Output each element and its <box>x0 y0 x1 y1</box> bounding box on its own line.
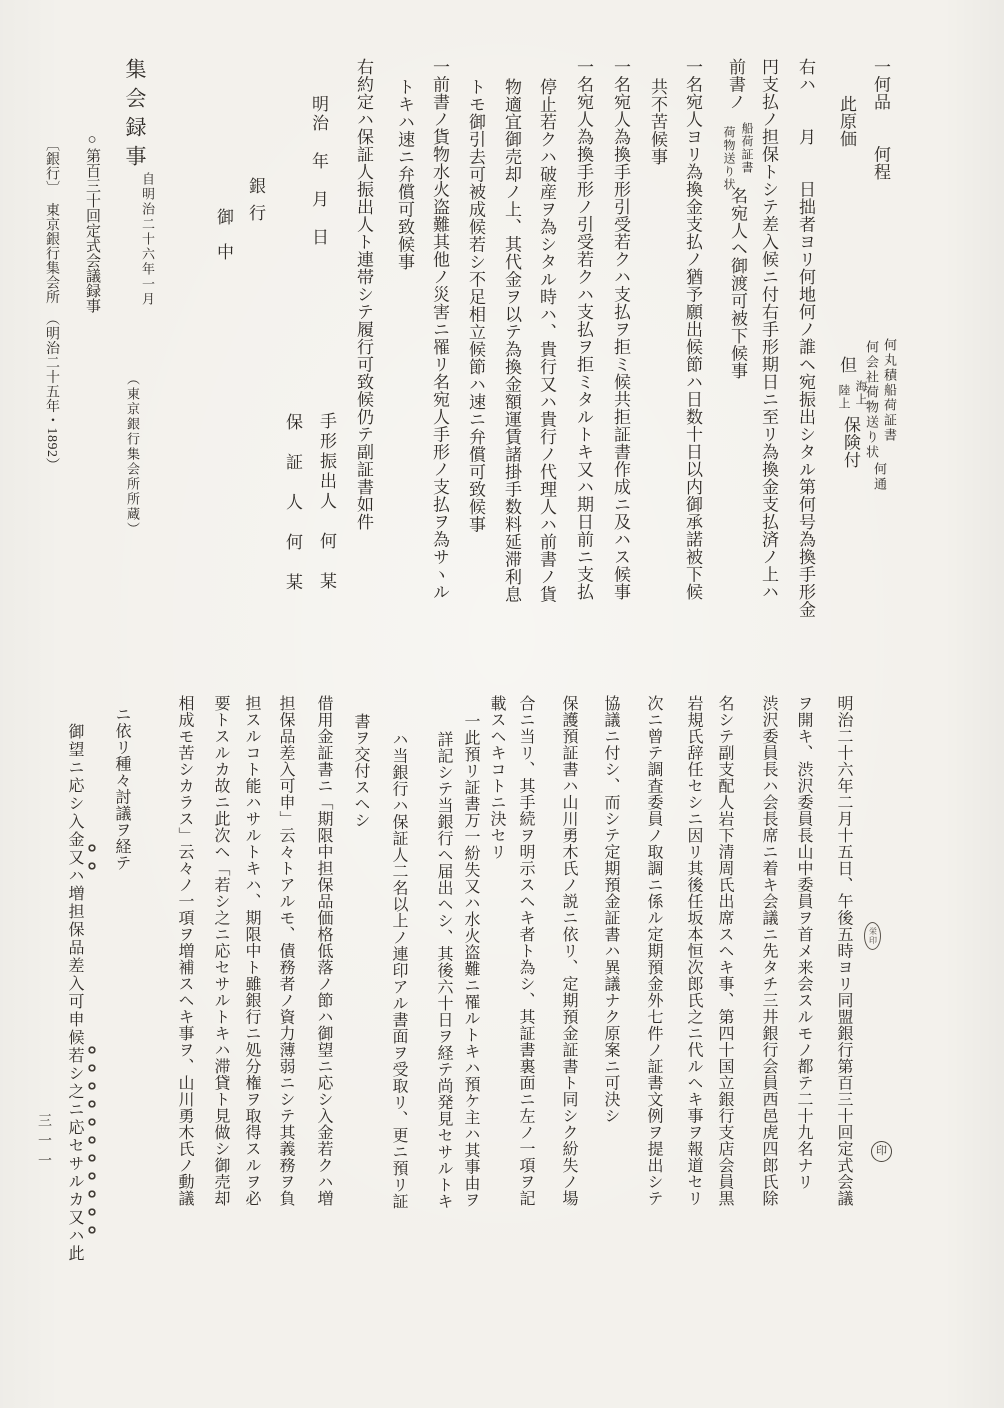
form-clause: 一名宛人為換手形ノ引受若クハ支払ヲ拒ミタルトキ又ハ期日前ニ支払 <box>575 58 592 601</box>
minutes-line: 要トスルカ故ニ此次ヘ「若シ之ニ応セサルトキハ滞貸ト見做シ御売却 <box>212 695 228 1207</box>
minutes-line: 担保品差入可申」云々トアルモ、債務者ノ資力薄弱ニシテ其義務ヲ負 <box>277 695 293 1207</box>
minutes-line: ハ当銀行ハ保証人二名以上ノ連印アル書面ヲ受取リ、更ニ預リ証 <box>390 731 406 1210</box>
minutes-line: ニ依リ種々討議ヲ経テ <box>113 706 129 871</box>
minutes-line: ヲ開キ、渋沢委員長山中委員ヲ首メ来会スルモノ都テ二十九名ナリ <box>795 695 811 1190</box>
minutes-line: 書ヲ交付スヘシ <box>352 713 368 829</box>
note-marine: 海上 <box>855 380 867 406</box>
form-clause: 右約定ハ保証人振出人ト連帯シテ履行可致候仍テ副証書如件 <box>355 58 372 531</box>
form-clause: 一前書ノ貨物水火盗難其他ノ災害ニ罹リ名宛人手形ノ支払ヲ為サヽル <box>431 58 448 601</box>
round-seal-text: 印 <box>876 1146 887 1157</box>
round-seal-icon: 印 <box>871 1141 892 1162</box>
minutes-line: 次ニ曾テ調査委員ノ取調ニ係ル定期預金外七件ノ証書文例ヲ提出シテ <box>645 695 661 1207</box>
minutes-line: 詳記シテ当銀行ヘ届出ヘシ、其後六十日ヲ経テ尚発見セサルトキ <box>435 731 451 1210</box>
oval-seal-icon: 栄印 <box>864 922 881 950</box>
minutes-line: 相成モ苦シカラス」云々ノ一項ヲ増補スヘキ事ヲ、山川勇木氏ノ動議 <box>176 695 192 1207</box>
oval-seal-text: 栄印 <box>869 927 877 945</box>
section-subtitle: 自明治二十六年一月 <box>141 172 154 307</box>
form-clause: 停止若クハ破産ヲ為シタル時ハ、貴行又ハ貴行ノ代理人ハ前書ノ貨 <box>538 78 555 603</box>
minutes-line: 合ニ当リ、其手続ヲ明示スヘキ者ト為シ、其証書裏面ニ左ノ一項ヲ記 <box>517 695 533 1207</box>
form-clause: 一名宛人ヨリ為換金支払ノ猶予願出候節ハ日数十日以内御承諾被下候 <box>684 58 701 601</box>
maegaki-waybill: 荷物送り状 <box>723 126 735 191</box>
page-number: 三一一 <box>36 1113 50 1173</box>
emphasis-dots-icon <box>88 1046 96 1244</box>
maegaki-bol: 船荷証書 <box>741 122 753 174</box>
minutes-line: 借用金証書ニ「期限中担保品価格低落ノ節ハ御望ニ応シ入金若クハ増 <box>315 695 331 1207</box>
form-bank: 銀行 <box>247 177 264 231</box>
minutes-line: 名シテ副支配人岩下清周氏出席スヘキ事、第四十国立銀行支店会員黒 <box>716 695 732 1207</box>
minutes-line: 渋沢委員長ハ会長席ニ着キ会議ニ先タチ三井銀行会員西邑虎四郎氏除 <box>760 695 776 1207</box>
form-clause: トモ御引去可被成候若シ不足相立候節ハ速ニ弁償可致候事 <box>467 78 484 533</box>
form-clause: 物適宜御売却ノ上、其代金ヲ以テ為換金額運賃諸掛手数料延滞利息 <box>503 78 520 603</box>
form-clause: 円支払ノ担保トシテ差入候ニ付右手形期日ニ至リ為換金支払済ノ上ハ <box>760 58 777 601</box>
minutes-line: 載スヘキコトニ決セリ <box>488 695 504 860</box>
minutes-line-emphasized: 御望ニ応シ入金又ハ増担保品差入可申候若シ之ニ応セサルカ又ハ此 <box>66 723 82 1263</box>
form-clause: トキハ速ニ弁償可致候事 <box>396 78 413 271</box>
form-clause: 一名宛人為換手形引受若クハ支払ヲ拒ミ候共拒証書作成ニ及ハス候事 <box>612 58 629 601</box>
form-onchu: 御中 <box>215 208 232 278</box>
form-guarantor: 保 証 人 何 某 <box>284 413 301 593</box>
minutes-line: 担スルコト能ハサルトキハ、期限中ト雖銀行ニ処分権ヲ取得スルヲ必 <box>243 695 259 1207</box>
form-date-line: 明治 年 月 日 <box>310 95 327 247</box>
minutes-line: 保護預証書ハ山川勇木氏ノ説ニ依リ、定期預金証書ト同シク紛失ノ場 <box>560 695 576 1207</box>
form-clause: 右ハ 月 日拙者ヨリ何地何ノ誰ヘ宛振出シタル第何号為換手形金 <box>797 58 814 618</box>
form-clause: 共不苦候事 <box>649 78 666 166</box>
form-drawer: 手形振出人 何 某 <box>318 412 335 592</box>
note-copies: 何通 <box>873 462 886 492</box>
scanned-document-page: 一何品 何程 此原価 何丸積船荷証書 何会社荷物送り状 何通 但 海上 陸上 保… <box>0 0 1004 1408</box>
minutes-line: 岩規氏辞任セシニ因リ其後任坂本恒次郎氏之ニ代ルヘキ事ヲ報道セリ <box>685 695 701 1207</box>
maegaki-head: 前書ノ <box>727 58 744 111</box>
maegaki-cont: 名宛人ヘ御渡可被下候事 <box>729 187 746 380</box>
note-insured: 保険付 <box>842 416 859 469</box>
category-line: 〔銀行〕 東京銀行集会所 （明治二十五年・1892） <box>44 137 58 472</box>
note-bill-of-lading: 何丸積船荷証書 <box>883 338 896 443</box>
note-land: 陸上 <box>838 384 850 410</box>
emphasis-dots-icon <box>88 844 96 880</box>
minutes-line: 一此預リ証書万一紛失又ハ水火盗難ニ罹ルトキハ預ケ主ハ其事由ヲ <box>462 713 478 1208</box>
section-source: （東京銀行集会所所蔵） <box>126 372 139 537</box>
form-item-goods: 一何品 何程 <box>872 58 889 181</box>
note-proviso: 但 <box>838 356 855 374</box>
minutes-line: 明治二十六年二月十五日、午後五時ヨリ同盟銀行第百三十回定式会議 <box>835 695 851 1207</box>
meeting-title: ○第百三十回定式会議録事 <box>84 132 99 313</box>
minutes-line: 協議ニ付シ、而シテ定期預金証書ハ異議ナク原案ニ可決シ <box>602 695 618 1124</box>
section-title: 集会録事 <box>124 58 145 174</box>
form-item-cost: 此原価 <box>838 95 855 148</box>
